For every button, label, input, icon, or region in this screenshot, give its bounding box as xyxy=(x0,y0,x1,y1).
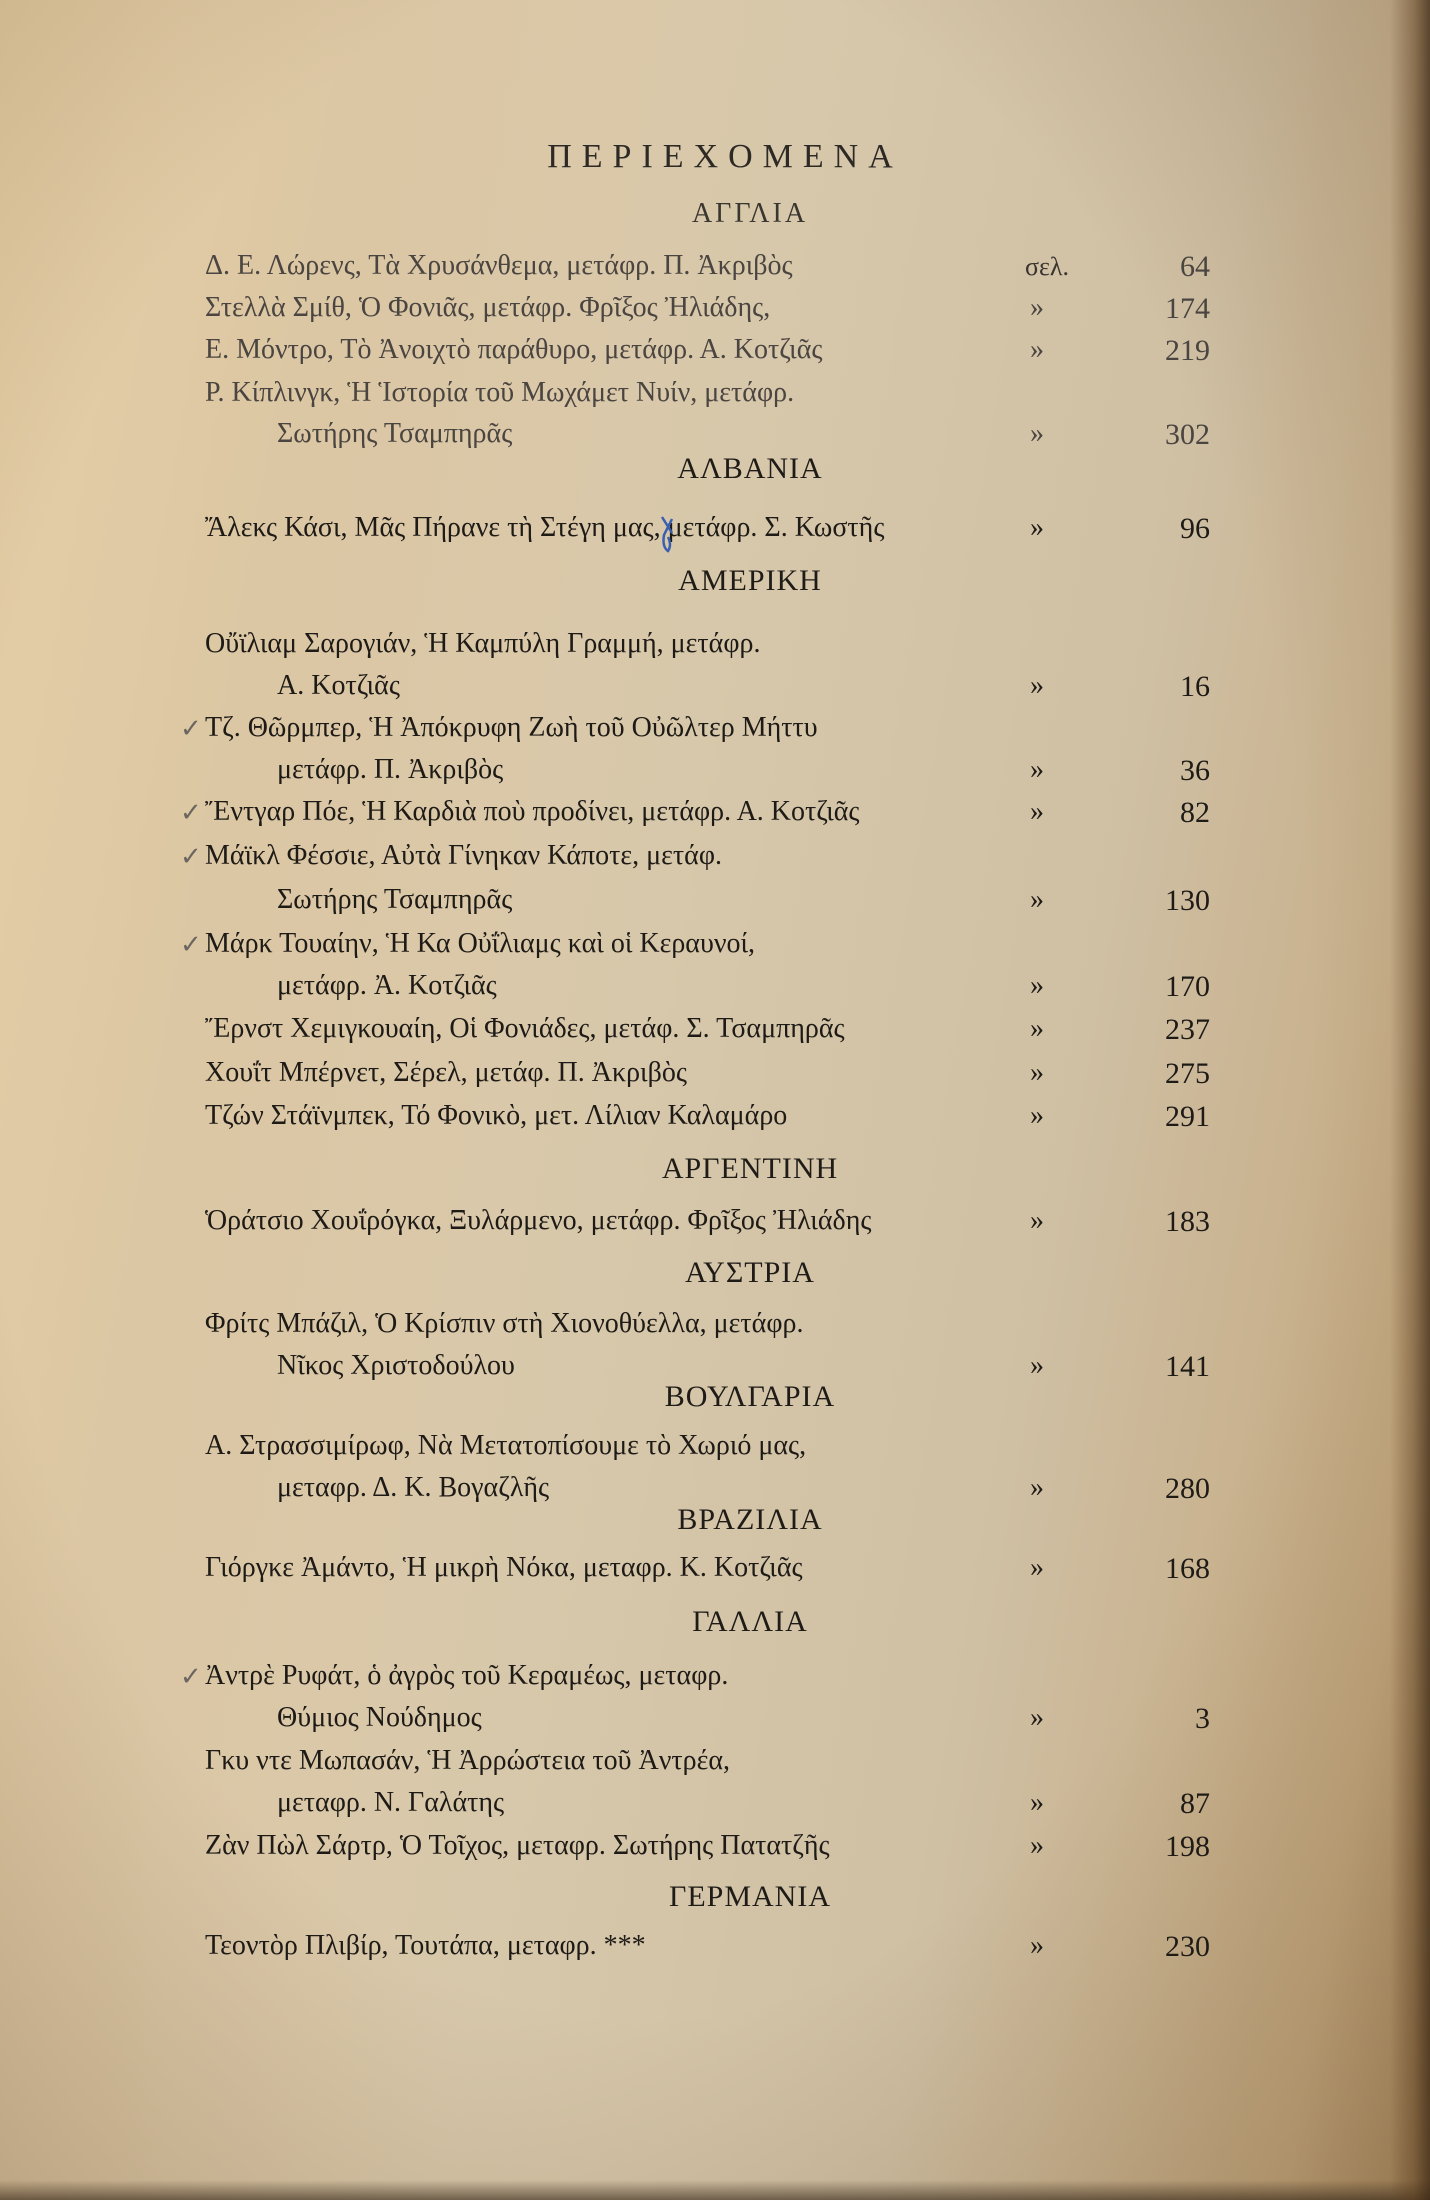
section-heading-brazil: ΒΡΑΖΙΛΙΑ xyxy=(0,1503,1430,1537)
toc-entry: Χουΐτ Μπέρνετ, Σέρελ, μετάφ. Π. Ἀκριβὸς xyxy=(205,1057,1205,1089)
page-title: ΠΕΡΙΕΧΟΜΕΝΑ xyxy=(0,138,1430,176)
ditto-mark: » xyxy=(1030,1702,1044,1734)
toc-entry: Τεοντὸρ Πλιβίρ, Τουτάπα, μεταφρ. *** xyxy=(205,1930,1205,1962)
toc-entry-continuation: Σωτήρης Τσαμπηρᾶς xyxy=(205,884,1277,916)
ditto-mark: » xyxy=(1030,1013,1044,1045)
page-label: σελ. xyxy=(1025,252,1069,282)
page-number: 3 xyxy=(1140,1702,1210,1736)
ditto-mark: » xyxy=(1030,796,1044,828)
toc-entry-continuation: Σωτήρης Τσαμπηρᾶς xyxy=(205,418,1277,450)
toc-entry-continuation: Α. Κοτζιᾶς xyxy=(205,670,1277,702)
ditto-mark: » xyxy=(1030,1787,1044,1819)
ditto-mark: » xyxy=(1030,1930,1044,1962)
toc-entry: Γιόργκε Ἀμάντο, Ἡ μικρὴ Νόκα, μεταφρ. Κ.… xyxy=(205,1552,1205,1584)
page-number: 174 xyxy=(1140,292,1210,326)
check-mark-icon: ✓ xyxy=(180,1662,202,1692)
page-number: 82 xyxy=(1140,796,1210,830)
toc-entry: Φρίτς Μπάζιλ, Ὁ Κρίσπιν στὴ Χιονοθύελλα,… xyxy=(205,1308,1205,1340)
page-number: 291 xyxy=(1140,1100,1210,1134)
toc-entry: Ρ. Κίπλινγκ, Ἡ Ἱστορία τοῦ Μωχάμετ Νυίν,… xyxy=(205,377,1205,409)
toc-entry-continuation: μεταφρ. Ν. Γαλάτης xyxy=(205,1787,1277,1819)
page-number: 219 xyxy=(1140,334,1210,368)
toc-entry: Ζὰν Πὼλ Σάρτρ, Ὁ Τοῖχος, μεταφρ. Σωτήρης… xyxy=(205,1830,1205,1862)
ditto-mark: » xyxy=(1030,1205,1044,1237)
toc-entry: Μάρκ Τουαίην, Ἡ Κα Οὐΐλιαμς καὶ οἱ Κεραυ… xyxy=(205,928,1205,960)
page-number: 302 xyxy=(1140,418,1210,452)
section-heading-america: ΑΜΕΡΙΚΗ xyxy=(0,564,1430,598)
page-number: 170 xyxy=(1140,970,1210,1004)
ditto-mark: » xyxy=(1030,1552,1044,1584)
page-number: 168 xyxy=(1140,1552,1210,1586)
page-number: 96 xyxy=(1140,512,1210,546)
page-number: 230 xyxy=(1140,1930,1210,1964)
ditto-mark: » xyxy=(1030,754,1044,786)
page-number: 64 xyxy=(1140,250,1210,284)
page-number: 280 xyxy=(1140,1472,1210,1506)
toc-entry: Τζ. Θῶρμπερ, Ἡ Ἀπόκρυφη Ζωὴ τοῦ Οὐῶλτερ … xyxy=(205,712,1205,744)
ditto-mark: » xyxy=(1030,1350,1044,1382)
ditto-mark: » xyxy=(1030,1830,1044,1862)
ditto-mark: » xyxy=(1030,334,1044,366)
toc-entry: Ὁράτσιο Χουΐρόγκα, Ξυλάρμενο, μετάφρ. Φρ… xyxy=(205,1205,1205,1237)
ditto-mark: » xyxy=(1030,670,1044,702)
section-heading-england: ΑΓΓΛΙΑ xyxy=(0,198,1430,230)
toc-entry: Α. Στρασσιμίρωφ, Νὰ Μετατοπίσουμε τὸ Χωρ… xyxy=(205,1430,1205,1462)
page-number: 183 xyxy=(1140,1205,1210,1239)
check-mark-icon: ✓ xyxy=(180,842,202,872)
ditto-mark: » xyxy=(1030,1100,1044,1132)
toc-entry: Ἀντρὲ Ρυφάτ, ὁ ἀγρὸς τοῦ Κεραμέως, μεταφ… xyxy=(205,1660,1205,1692)
ditto-mark: » xyxy=(1030,418,1044,450)
section-heading-bulgaria: ΒΟΥΛΓΑΡΙΑ xyxy=(0,1380,1430,1414)
page-number: 16 xyxy=(1140,670,1210,704)
toc-entry: Ἔρνστ Χεμιγκουαίη, Οἱ Φονιάδες, μετάφ. Σ… xyxy=(205,1013,1205,1045)
check-mark-icon: ✓ xyxy=(180,798,202,828)
ditto-mark: » xyxy=(1030,1057,1044,1089)
toc-entry: Ἄλεκς Κάσι, Μᾶς Πήρανε τὴ Στέγη μας, μετ… xyxy=(205,512,1205,544)
toc-entry: Ἔντγαρ Πόε, Ἡ Καρδιὰ ποὺ προδίνει, μετάφ… xyxy=(205,796,1205,828)
toc-entry-continuation: Θύμιος Νούδημος xyxy=(205,1702,1277,1734)
page-number: 275 xyxy=(1140,1057,1210,1091)
toc-entry-continuation: Νῖκος Χριστοδούλου xyxy=(205,1350,1277,1382)
toc-entry: Τζών Στάϊνμπεκ, Τό Φονικὸ, μετ. Λίλιαν Κ… xyxy=(205,1100,1205,1132)
section-heading-argentina: ΑΡΓΕΝΤΙΝΗ xyxy=(0,1152,1430,1186)
page-number: 87 xyxy=(1140,1787,1210,1821)
page-number: 130 xyxy=(1140,884,1210,918)
check-mark-icon: ✓ xyxy=(180,930,202,960)
ditto-mark: » xyxy=(1030,970,1044,1002)
section-heading-austria: ΑΥΣΤΡΙΑ xyxy=(0,1256,1430,1290)
book-page: ΠΕΡΙΕΧΟΜΕΝΑ ΑΓΓΛΙΑ Δ. Ε. Λώρενς, Τὰ Χρυσ… xyxy=(0,0,1430,2200)
check-mark-icon: ✓ xyxy=(180,714,202,744)
section-heading-germany: ΓΕΡΜΑΝΙΑ xyxy=(0,1880,1430,1914)
pen-mark-icon xyxy=(660,515,674,555)
page-number: 36 xyxy=(1140,754,1210,788)
ditto-mark: » xyxy=(1030,1472,1044,1504)
ditto-mark: » xyxy=(1030,884,1044,916)
toc-entry: Ε. Μόντρο, Τὸ Ἀνοιχτὸ παράθυρο, μετάφρ. … xyxy=(205,334,1205,366)
page-number: 141 xyxy=(1140,1350,1210,1384)
toc-entry: Μάϊκλ Φέσσιε, Αὐτὰ Γίνηκαν Κάποτε, μετάφ… xyxy=(205,840,1205,872)
toc-entry-continuation: μεταφρ. Δ. Κ. Βογαζλῆς xyxy=(205,1472,1277,1504)
toc-entry-continuation: μετάφρ. Π. Ἀκριβὸς xyxy=(205,754,1277,786)
toc-entry-continuation: μετάφρ. Ἀ. Κοτζιᾶς xyxy=(205,970,1277,1002)
ditto-mark: » xyxy=(1030,512,1044,544)
ditto-mark: » xyxy=(1030,292,1044,324)
toc-entry: Οὔϊλιαμ Σαρογιάν, Ἡ Καμπύλη Γραμμή, μετά… xyxy=(205,628,1205,660)
page-number: 237 xyxy=(1140,1013,1210,1047)
toc-entry: Γκυ ντε Μωπασάν, Ἡ Ἀρρώστεια τοῦ Ἀντρέα, xyxy=(205,1745,1205,1777)
section-heading-albania: ΑΛΒΑΝΙΑ xyxy=(0,452,1430,486)
page-number: 198 xyxy=(1140,1830,1210,1864)
toc-entry: Στελλὰ Σμίθ, Ὁ Φονιᾶς, μετάφρ. Φρῖξος Ἠλ… xyxy=(205,292,1205,324)
section-heading-france: ΓΑΛΛΙΑ xyxy=(0,1605,1430,1639)
